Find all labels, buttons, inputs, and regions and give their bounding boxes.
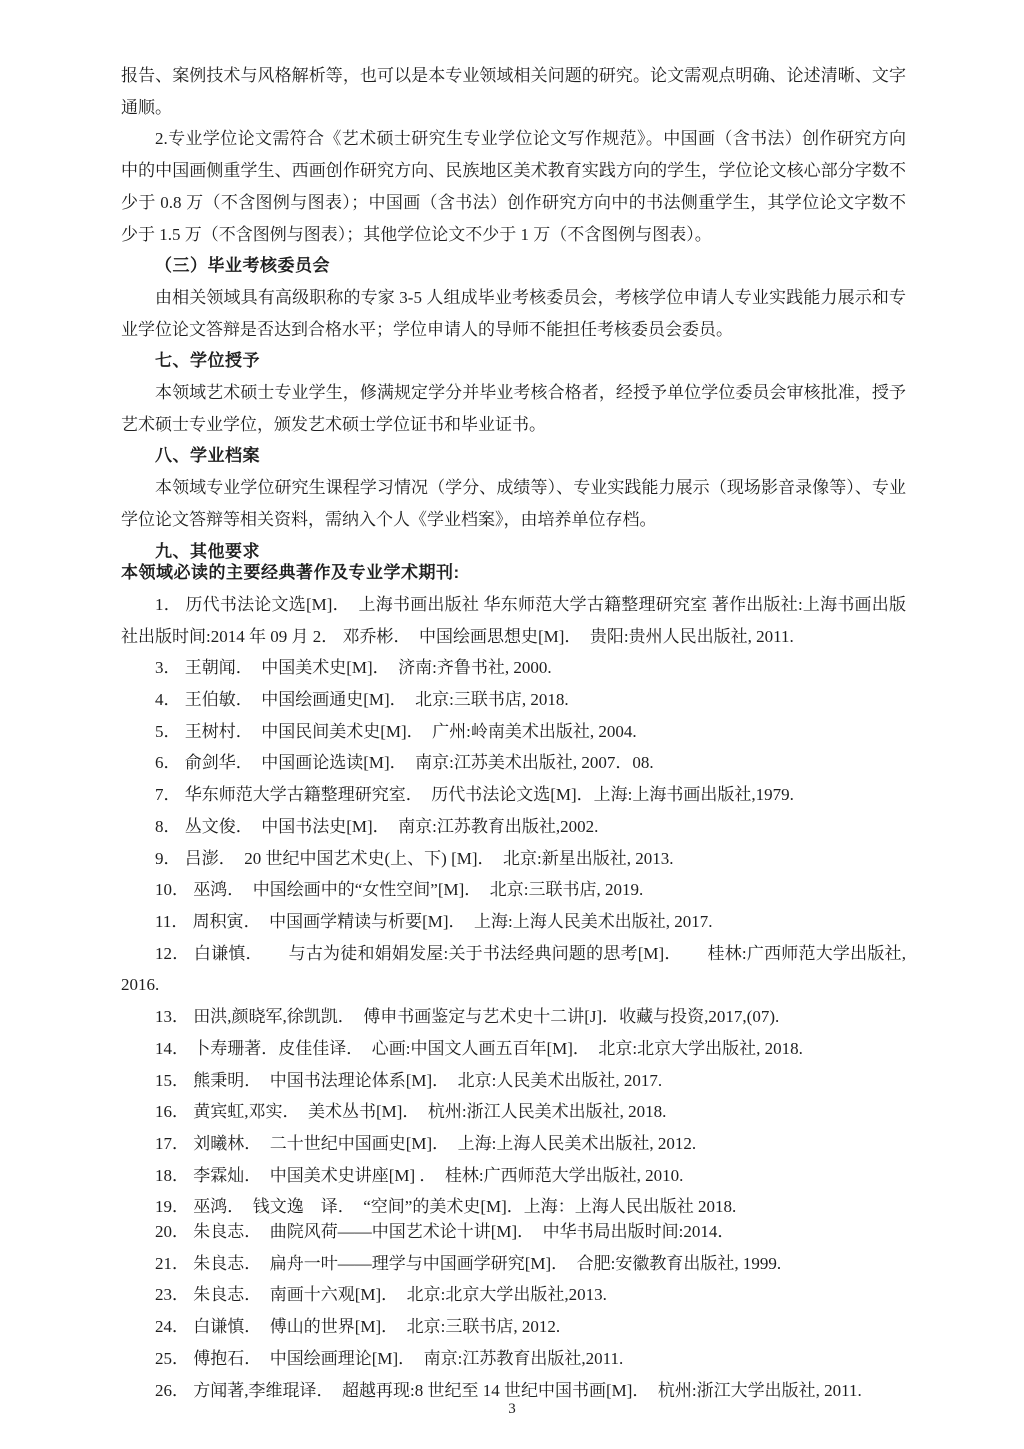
bib-entry-18: 18． 李霖灿． 中国美术史讲座[M] ． 桂林:广西师范大学出版社, 2010… xyxy=(121,1160,906,1192)
degree-award-paragraph: 本领域艺术硕士专业学生，修满规定学分并毕业考核合格者，经授予单位学位委员会审核批… xyxy=(121,377,906,440)
bib-entry-20: 20． 朱良志． 曲院风荷——中国艺术论十讲[M]． 中华书局出版时间:2014… xyxy=(121,1216,906,1248)
bib-entry-15: 15． 熊秉明． 中国书法理论体系[M]． 北京:人民美术出版社, 2017. xyxy=(121,1065,906,1097)
section-heading-degree-award: 七、学位授予 xyxy=(121,345,906,377)
bib-entry-4: 4． 王伯敏． 中国绘画通史[M]． 北京:三联书店, 2018. xyxy=(121,684,906,716)
bib-entry-13: 13． 田洪,颜晓军,徐凯凯． 傅申书画鉴定与艺术史十二讲[J]．收藏与投资,2… xyxy=(121,1001,906,1033)
bib-entry-1: 1． 历代书法论文选[M]． 上海书画出版社 华东师范大学古籍整理研究室 著作出… xyxy=(121,589,906,652)
continued-paragraph: 报告、案例技术与风格解析等，也可以是本专业领域相关问题的研究。论文需观点明确、论… xyxy=(121,60,906,123)
bib-entry-17: 17． 刘曦林． 二十世纪中国画史[M]． 上海:上海人民美术出版社, 2012… xyxy=(121,1128,906,1160)
section-heading-academic-archive: 八、学业档案 xyxy=(121,440,906,472)
bib-entry-21: 21． 朱良志． 扁舟一叶——理学与中国画学研究[M]． 合肥:安徽教育出版社,… xyxy=(121,1248,906,1280)
bib-entry-8: 8． 丛文俊． 中国书法史[M]． 南京:江苏教育出版社,2002. xyxy=(121,811,906,843)
bib-entry-16: 16． 黄宾虹,邓实． 美术丛书[M]． 杭州:浙江人民美术出版社, 2018. xyxy=(121,1096,906,1128)
bib-entry-9: 9． 吕澎． 20 世纪中国艺术史(上、下) [M]． 北京:新星出版社, 20… xyxy=(121,843,906,875)
reading-list-intro: 本领域必读的主要经典著作及专业学术期刊: xyxy=(121,557,906,589)
bib-entry-5: 5． 王树村． 中国民间美术史[M]． 广州:岭南美术出版社, 2004. xyxy=(121,716,906,748)
section-heading-graduation-committee: （三）毕业考核委员会 xyxy=(121,250,906,282)
academic-archive-paragraph: 本领域专业学位研究生课程学习情况（学分、成绩等）、专业实践能力展示（现场影音录像… xyxy=(121,472,906,535)
bib-entry-3: 3． 王朝闻． 中国美术史[M]． 济南:齐鲁书社, 2000. xyxy=(121,652,906,684)
bib-entry-10: 10． 巫鸿． 中国绘画中的“女性空间”[M]． 北京:三联书店, 2019. xyxy=(121,874,906,906)
bib-entry-11: 11． 周积寅． 中国画学精读与析要[M]． 上海:上海人民美术出版社, 201… xyxy=(121,906,906,938)
page-number: 3 xyxy=(0,1399,1024,1419)
committee-paragraph: 由相关领域具有高级职称的专家 3-5 人组成毕业考核委员会，考核学位申请人专业实… xyxy=(121,282,906,345)
bib-entry-12: 12． 白谦慎． 与古为徒和娟娟发屋:关于书法经典问题的思考[M]． 桂林:广西… xyxy=(121,938,906,1001)
bib-entry-24: 24． 白谦慎． 傅山的世界[M]． 北京:三联书店, 2012. xyxy=(121,1311,906,1343)
bib-entry-23: 23． 朱良志． 南画十六观[M]． 北京:北京大学出版社,2013. xyxy=(121,1279,906,1311)
bib-entry-6: 6． 俞剑华． 中国画论选读[M]． 南京:江苏美术出版社, 2007．08. xyxy=(121,747,906,779)
bib-entry-25: 25． 傅抱石． 中国绘画理论[M]． 南京:江苏教育出版社,2011. xyxy=(121,1343,906,1375)
document-page: 报告、案例技术与风格解析等，也可以是本专业领域相关问题的研究。论文需观点明确、论… xyxy=(0,0,1024,1449)
thesis-requirements-paragraph: 2.专业学位论文需符合《艺术硕士研究生专业学位论文写作规范》。中国画（含书法）创… xyxy=(121,123,906,250)
bib-entry-14: 14． 卜寿珊著．皮佳佳译． 心画:中国文人画五百年[M]． 北京:北京大学出版… xyxy=(121,1033,906,1065)
bib-entry-7: 7． 华东师范大学古籍整理研究室． 历代书法论文选[M]．上海:上海书画出版社,… xyxy=(121,779,906,811)
